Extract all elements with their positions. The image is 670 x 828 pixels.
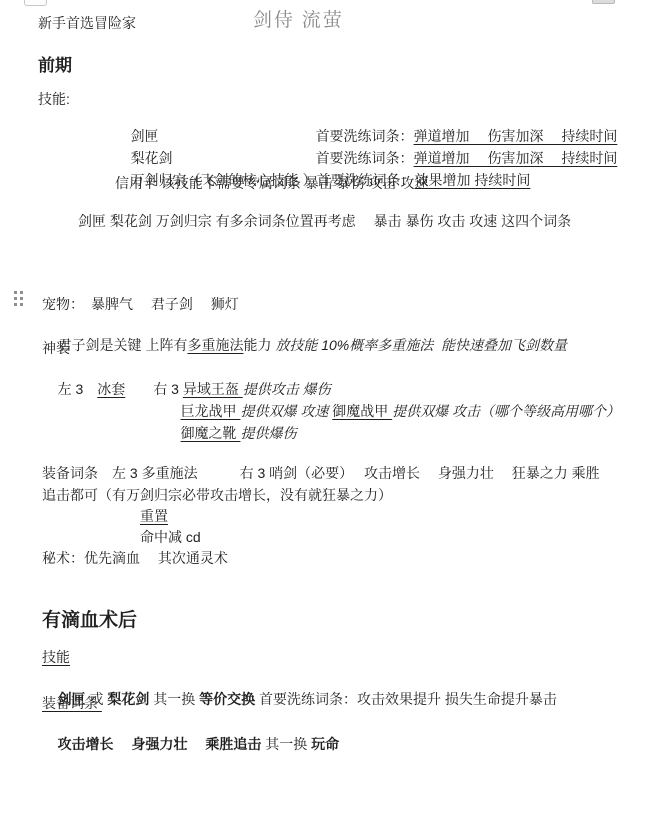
after-final-line: 攻击增长 身强力壮 乘胜追击 其一换 玩命 [42, 716, 339, 773]
reset-label: 重置 [140, 507, 168, 526]
boots-underlined: 御魔之靴 [181, 425, 241, 441]
swap-text-3: 首要洗练词条：攻击效果提升 损失生命提升暴击 [255, 691, 557, 707]
junzi-pre: 君子剑是关键 上阵有 [58, 337, 188, 353]
armor2-italic-note: 提供双爆 攻击（哪个等级高用哪个） [392, 403, 620, 419]
final-bold-1: 攻击增长 [58, 736, 114, 752]
skills-summary: 剑匣 梨花剑 万剑归宗 有多余词条位置再考虑 暴击 暴伤 攻击 攻速 这四个词条 [78, 212, 571, 231]
final-space-1 [114, 736, 132, 752]
entries-line2: 追击都可（有万剑归宗必带攻击增长，没有就狂暴之力） [42, 486, 392, 505]
header-left-text: 新手首选冒险家 [38, 14, 136, 33]
slot-left-underlined: 冰套 [97, 381, 125, 397]
boots-line: 御魔之靴 提供爆伤 [165, 405, 296, 462]
skill-row: 信用卡 该技能不需要专属词条 暴击 暴伤 攻击 攻速 [115, 174, 428, 193]
after-gear-label: 装备词条 [42, 694, 102, 713]
document-page[interactable]: 新手首选冒险家 剑侍 流萤 前期 技能: 剑匣 首要洗练词条：弹道增加 伤害加深… [0, 0, 670, 828]
final-bold-4: 玩命 [311, 736, 339, 752]
shenzhuang-label: 神装 [42, 339, 70, 358]
mishu-line: 秘术：优先滴血 其次通灵术 [42, 549, 228, 568]
slots-pre: 左 3 [58, 381, 98, 397]
drag-handle-icon[interactable] [14, 291, 26, 308]
swap-text-2: 其一换 [149, 691, 199, 707]
hit-cd-label: 命中减 cd [140, 528, 201, 547]
cropped-toolbar-remnant-left [24, 0, 47, 6]
boots-italic-note: 提供爆伤 [240, 425, 296, 441]
junzi-italic-note: 放技能 10%概率多重施法 能快速叠加飞剑数量 [275, 337, 567, 353]
section-heading-after: 有滴血术后 [42, 611, 137, 630]
after-skills-label: 技能 [42, 648, 70, 667]
affix-underlined: 效果增加 持续时间 [414, 172, 530, 188]
section-heading-early: 前期 [38, 56, 72, 75]
swap-bold-2: 梨花剑 [107, 691, 149, 707]
final-space-2 [187, 736, 205, 752]
page-title: 剑侍 流萤 [253, 11, 344, 30]
final-text-1: 其一换 [261, 736, 311, 752]
entries-line1: 装备词条 左 3 多重施法 右 3 哨剑（必要） 攻击增长 身强力壮 狂暴之力 … [42, 464, 600, 483]
final-bold-2: 身强力壮 [131, 736, 187, 752]
swap-bold-3: 等价交换 [199, 691, 255, 707]
junzi-underlined: 多重施法 [187, 337, 243, 353]
armor2-underlined: 御魔战甲 [332, 403, 392, 419]
skills-label: 技能: [38, 90, 70, 109]
cropped-toolbar-remnant-right [592, 0, 615, 4]
pets-line: 宠物： 暴脾气 君子剑 狮灯 [42, 295, 239, 314]
final-bold-3: 乘胜追击 [205, 736, 261, 752]
junzi-mid: 能力 [243, 337, 275, 353]
